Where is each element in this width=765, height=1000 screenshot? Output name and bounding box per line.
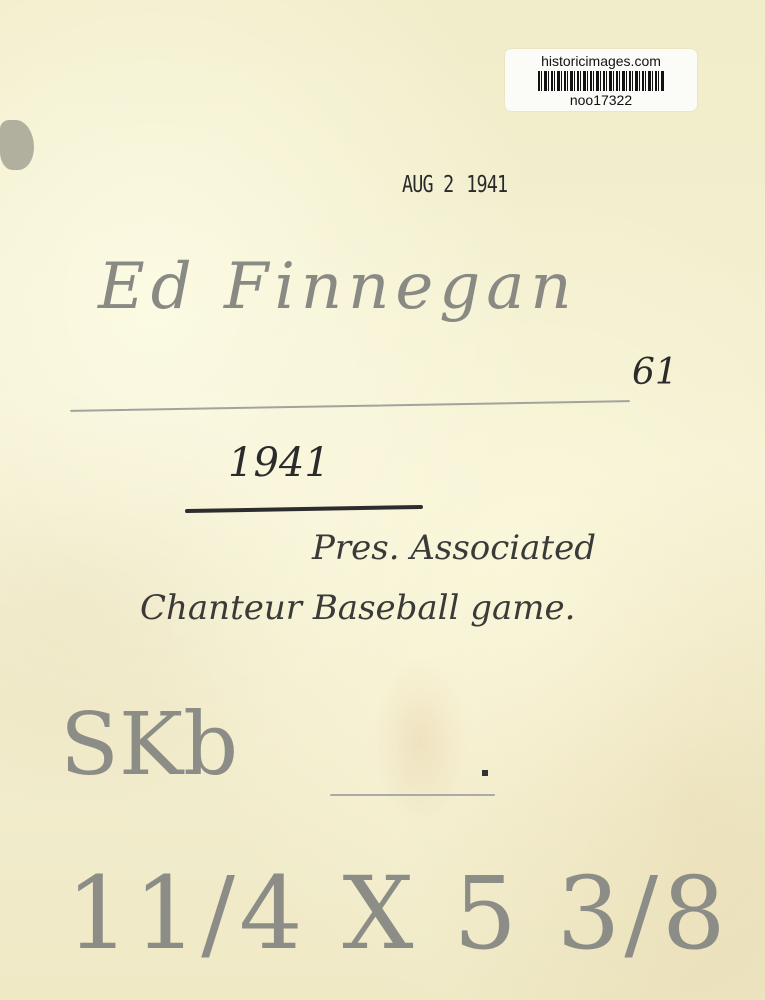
date-stamp: AUG 21941 [402, 172, 507, 198]
stain-mark [0, 120, 34, 170]
stamp-year: 1941 [466, 172, 507, 198]
handwritten-dimensions: 11/4 X 5 3/8 [66, 855, 730, 972]
stamp-date: AUG 2 [402, 172, 453, 198]
archive-label: historicimages.com noo17322 [505, 49, 697, 111]
label-code: noo17322 [505, 92, 697, 108]
handwritten-description-line2: Chanteur Baseball game. [140, 588, 575, 628]
handwritten-description-line1: Pres. Associated [312, 528, 596, 568]
underline-code [330, 794, 495, 796]
handwritten-name: Ed Finnegan [98, 250, 578, 324]
photo-back-paper [0, 0, 765, 1000]
label-site: historicimages.com [505, 53, 697, 69]
handwritten-code: SKb [60, 695, 238, 795]
handwritten-year: 1941 [228, 440, 330, 486]
handwritten-number: 61 [632, 352, 678, 393]
barcode-icon [538, 71, 664, 91]
ink-dot [482, 770, 488, 776]
